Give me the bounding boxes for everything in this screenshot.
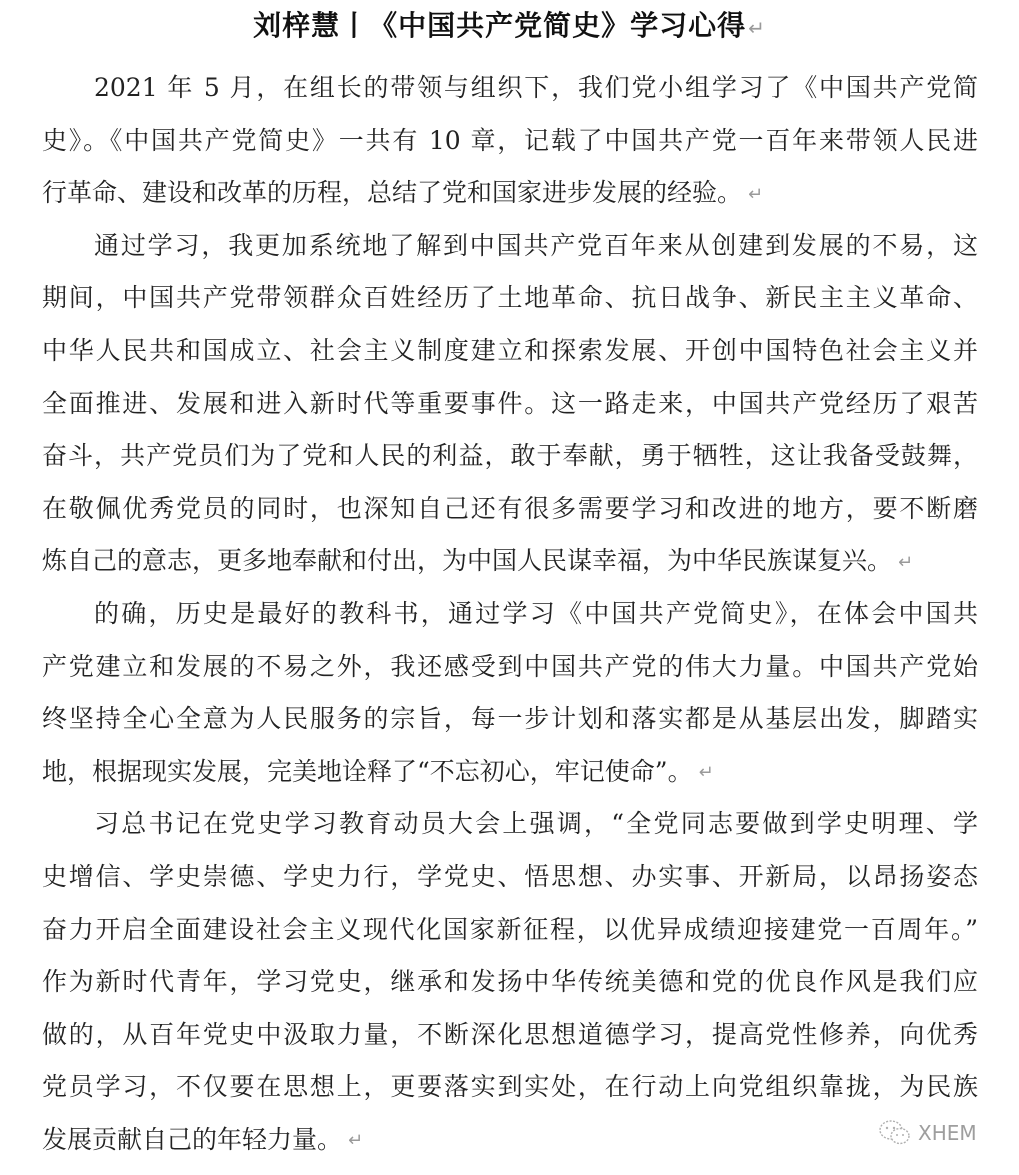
text-line: 全面推进、发展和进入新时代等重要事件。这一路走来，中国共产党经历了艰苦 bbox=[42, 382, 978, 435]
text-line-content: 炼自己的意志，更多地奉献和付出，为中国人民谋幸福，为中华民族谋复兴。 bbox=[42, 546, 892, 575]
text-line: 史增信、学史崇德、学史力行，学党史、悟思想、办实事、开新局，以昂扬姿态 bbox=[42, 855, 978, 908]
text-line: 习总书记在党史学习教育动员大会上强调，“全党同志要做到学史明理、学 bbox=[42, 802, 978, 855]
paragraph-2: 通过学习，我更加系统地了解到中国共产党百年来从创建到发展的不易，这 期间，中国共… bbox=[42, 224, 978, 592]
text-line: 做的，从百年党史中汲取力量，不断深化思想道德学习，提高党性修养，向优秀 bbox=[42, 1013, 978, 1066]
text-line: 奋斗，共产党员们为了党和人民的利益，敢于奉献，勇于牺牲，这让我备受鼓舞， bbox=[42, 434, 978, 487]
paragraph-mark-icon: ↵ bbox=[699, 762, 714, 783]
text-line: 地，根据现实发展，完美地诠释了“不忘初心，牢记使命”。↵ bbox=[42, 750, 978, 803]
text-line: 产党建立和发展的不易之外，我还感受到中国共产党的伟大力量。中国共产党始 bbox=[42, 645, 978, 698]
text-line: 奋力开启全面建设社会主义现代化国家新征程，以优异成绩迎接建党一百周年。” bbox=[42, 908, 978, 961]
text-line: 2021 年 5 月，在组长的带领与组织下，我们党小组学习了《中国共产党简 bbox=[42, 66, 978, 119]
paragraph-mark-icon: ↵ bbox=[748, 16, 766, 40]
text-line: 通过学习，我更加系统地了解到中国共产党百年来从创建到发展的不易，这 bbox=[42, 224, 978, 277]
paragraph-mark-icon: ↵ bbox=[348, 1130, 363, 1151]
text-line: 在敬佩优秀党员的同时，也深知自己还有很多需要学习和改进的地方，要不断磨 bbox=[42, 487, 978, 540]
watermark-text: XHEM bbox=[918, 1121, 977, 1145]
text-line-content: 地，根据现实发展，完美地诠释了“不忘初心，牢记使命”。 bbox=[42, 757, 693, 786]
paragraph-1: 2021 年 5 月，在组长的带领与组织下，我们党小组学习了《中国共产党简 史》… bbox=[42, 66, 978, 224]
text-line: 终坚持全心全意为人民服务的宗旨，每一步计划和落实都是从基层出发，脚踏实 bbox=[42, 697, 978, 750]
watermark: XHEM bbox=[878, 1119, 977, 1147]
text-line: 炼自己的意志，更多地奉献和付出，为中国人民谋幸福，为中华民族谋复兴。↵ bbox=[42, 539, 978, 592]
text-line-content: 行革命、建设和改革的历程，总结了党和国家进步发展的经验。 bbox=[42, 178, 742, 207]
paragraph-mark-icon: ↵ bbox=[748, 184, 763, 205]
paragraph-4: 习总书记在党史学习教育动员大会上强调，“全党同志要做到学史明理、学 史增信、学史… bbox=[42, 802, 978, 1170]
text-line: 中华人民共和国成立、社会主义制度建立和探索发展、开创中国特色社会主义并 bbox=[42, 329, 978, 382]
text-line-content: 发展贡献自己的年轻力量。 bbox=[42, 1125, 342, 1154]
document-body: 2021 年 5 月，在组长的带领与组织下，我们党小组学习了《中国共产党简 史》… bbox=[42, 66, 978, 1170]
text-line: 史》。《中国共产党简史》一共有 10 章，记载了中国共产党一百年来带领人民进 bbox=[42, 119, 978, 172]
paragraph-3: 的确，历史是最好的教科书，通过学习《中国共产党简史》，在体会中国共 产党建立和发… bbox=[42, 592, 978, 802]
text-line: 行革命、建设和改革的历程，总结了党和国家进步发展的经验。↵ bbox=[42, 171, 978, 224]
text-line: 期间，中国共产党带领群众百姓经历了土地革命、抗日战争、新民主主义革命、 bbox=[42, 276, 978, 329]
text-line: 作为新时代青年，学习党史，继承和发扬中华传统美德和党的优良作风是我们应 bbox=[42, 960, 978, 1013]
text-line: 发展贡献自己的年轻力量。↵ bbox=[42, 1118, 978, 1171]
document-title: 刘梓慧丨《中国共产党简史》学习心得↵ bbox=[0, 4, 1019, 50]
document-title-text: 刘梓慧丨《中国共产党简史》学习心得 bbox=[253, 9, 746, 42]
text-line: 的确，历史是最好的教科书，通过学习《中国共产党简史》，在体会中国共 bbox=[42, 592, 978, 645]
wechat-icon bbox=[878, 1119, 912, 1147]
text-line: 党员学习，不仅要在思想上，更要落实到实处，在行动上向党组织靠拢，为民族 bbox=[42, 1065, 978, 1118]
paragraph-mark-icon: ↵ bbox=[898, 552, 913, 573]
